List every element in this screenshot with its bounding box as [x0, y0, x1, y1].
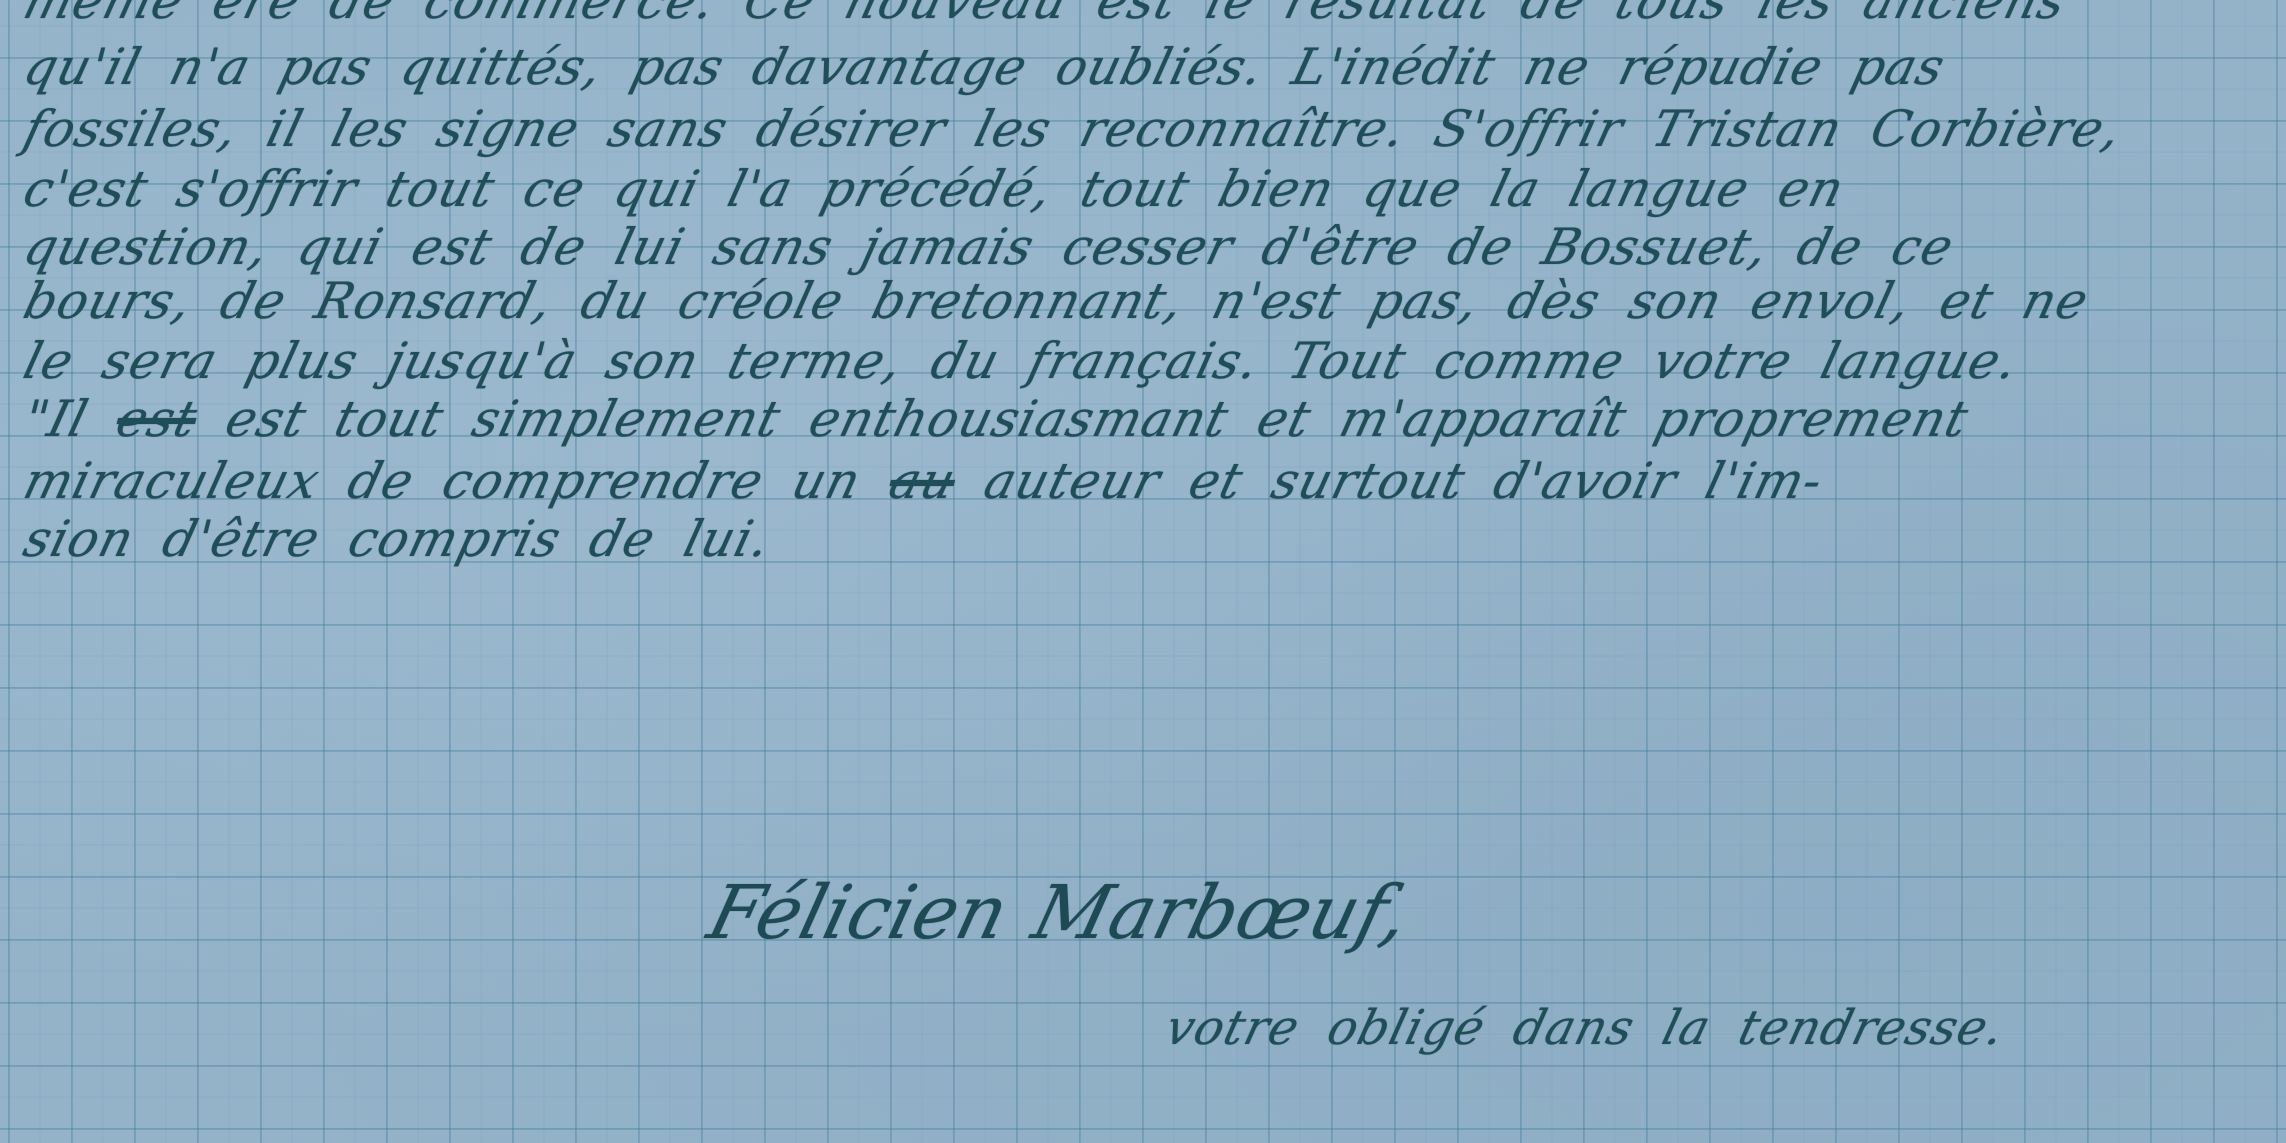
line-text: est tout simplement enthousiasmant et m'… [189, 390, 1975, 448]
line-text: "Il [18, 390, 125, 448]
letter-line-1: même ère de commerce. Ce nouveau est le … [18, 0, 2073, 30]
struck-word: est [111, 390, 204, 448]
letter-page: même ère de commerce. Ce nouveau est le … [0, 0, 2286, 1143]
letter-line-5: question, qui est de lui sans jamais ces… [18, 218, 1960, 276]
letter-line-7: le sera plus jusqu'à son terme, du franç… [18, 332, 2024, 390]
line-text: miraculeux de comprendre un [18, 452, 898, 510]
letter-line-3: fossiles, il les signe sans désirer les … [18, 100, 2128, 158]
line-text: auteur et surtout d'avoir l'im- [948, 452, 1830, 510]
letter-line-2: qu'il n'a pas quittés, pas davantage oub… [18, 38, 1951, 96]
letter-line-8: "Il est est tout simplement enthousiasma… [18, 390, 1975, 448]
letter-line-4: c'est s'offrir tout ce qui l'a précédé, … [18, 160, 1850, 218]
signature: Félicien Marbœuf, [700, 870, 1418, 956]
letter-line-9: miraculeux de comprendre un au auteur et… [18, 452, 1829, 510]
letter-line-6: bours, de Ronsard, du créole bretonnant,… [18, 272, 2095, 330]
closing-line: votre obligé dans la tendresse. [1160, 1000, 2011, 1056]
letter-line-10: sion d'être compris de lui. [18, 510, 777, 568]
